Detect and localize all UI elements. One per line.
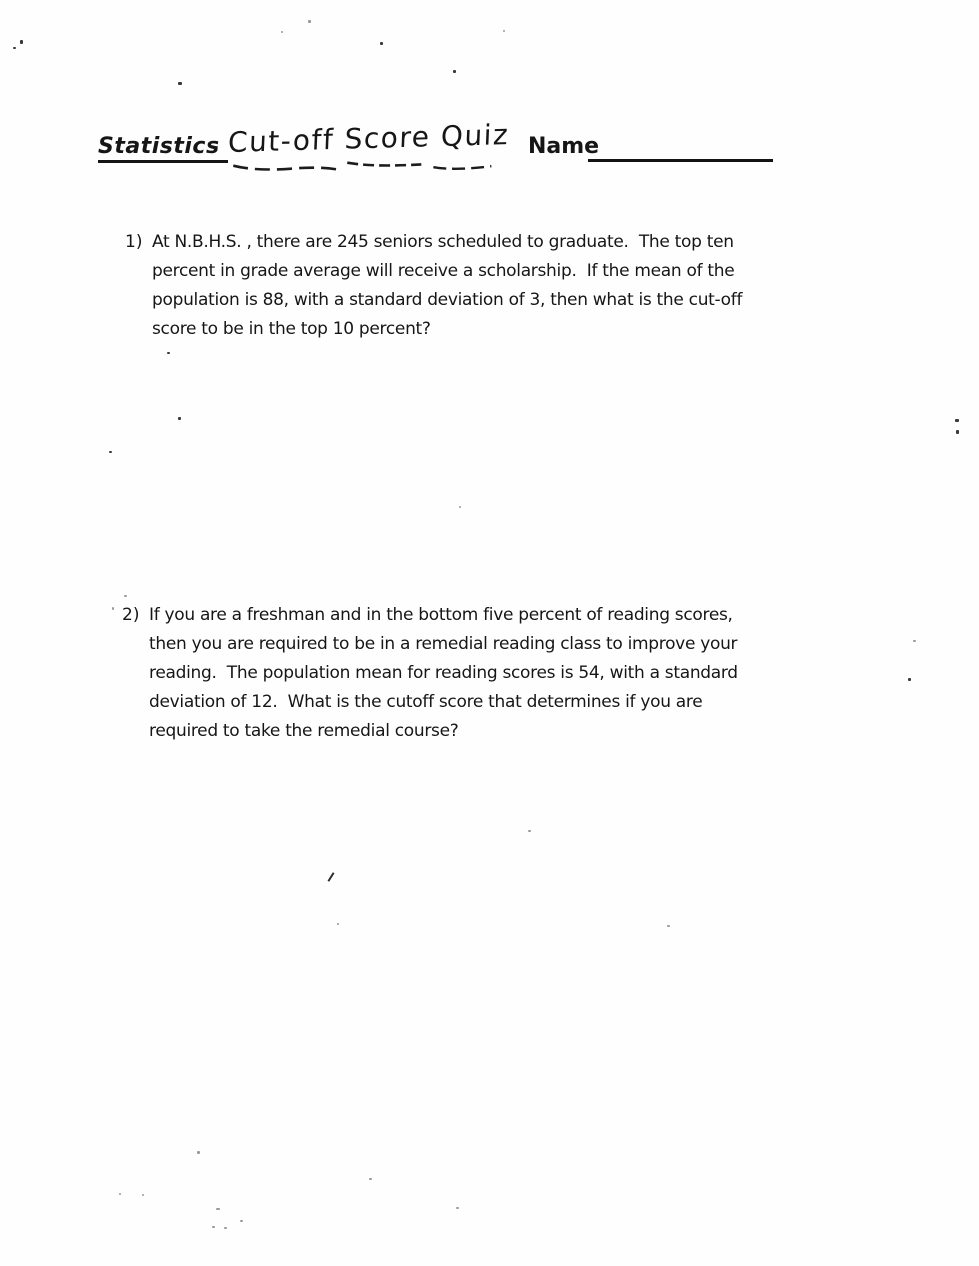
question-2-line: deviation of 12. What is the cutoff scor… xyxy=(149,688,738,717)
scan-speck xyxy=(337,923,339,925)
scan-speck xyxy=(955,419,959,422)
scan-speck xyxy=(380,42,383,45)
scan-speck xyxy=(212,1226,215,1228)
scan-speck xyxy=(224,1227,227,1229)
scan-speck xyxy=(142,1194,144,1196)
scan-speck xyxy=(167,352,170,354)
scan-speck xyxy=(913,640,916,642)
handwritten-underline-scribbles xyxy=(215,148,515,182)
scan-speck xyxy=(956,430,959,434)
question-1-number: 1) xyxy=(125,228,152,257)
question-1-line: At N.B.H.S. , there are 245 seniors sche… xyxy=(152,228,742,257)
scan-speck xyxy=(13,47,16,49)
question-2-line: reading. The population mean for reading… xyxy=(149,659,738,688)
scan-speck xyxy=(503,30,505,32)
question-2-line: required to take the remedial course? xyxy=(149,717,738,746)
scan-speck xyxy=(528,830,531,832)
question-1-line: score to be in the top 10 percent? xyxy=(152,315,742,344)
worksheet-header: Statistics - Cut-off Score Quiz Name xyxy=(0,0,979,200)
scan-speck xyxy=(109,451,112,453)
scan-speck xyxy=(124,595,127,597)
question-2: 2) If you are a freshman and in the bott… xyxy=(122,601,738,746)
question-2-number: 2) xyxy=(122,601,149,630)
name-blank-line xyxy=(588,136,773,162)
question-2-line: then you are required to be in a remedia… xyxy=(149,630,738,659)
scan-speck xyxy=(178,417,181,420)
scan-speck xyxy=(369,1178,372,1180)
scan-speck xyxy=(281,31,283,33)
scan-speck xyxy=(667,925,670,927)
scan-speck xyxy=(20,40,23,44)
question-1-line: percent in grade average will receive a … xyxy=(152,257,742,286)
scan-speck xyxy=(240,1220,243,1222)
scan-stroke-mark xyxy=(328,872,335,882)
scan-speck xyxy=(197,1151,200,1154)
scan-speck xyxy=(112,607,114,610)
question-2-line: If you are a freshman and in the bottom … xyxy=(149,601,738,630)
scan-speck xyxy=(908,678,911,681)
scan-speck xyxy=(216,1208,220,1210)
question-1-line: population is 88, with a standard deviat… xyxy=(152,286,742,315)
scan-speck xyxy=(119,1193,121,1195)
question-1-text: At N.B.H.S. , there are 245 seniors sche… xyxy=(152,228,742,344)
scan-speck xyxy=(459,506,461,508)
scan-speck xyxy=(456,1207,459,1209)
scan-speck xyxy=(178,82,182,85)
question-2-text: If you are a freshman and in the bottom … xyxy=(149,601,738,746)
worksheet-page: Statistics - Cut-off Score Quiz Name 1) … xyxy=(0,0,979,1266)
scan-speck xyxy=(453,70,456,73)
scan-speck xyxy=(308,20,311,23)
question-1: 1) At N.B.H.S. , there are 245 seniors s… xyxy=(125,228,742,344)
